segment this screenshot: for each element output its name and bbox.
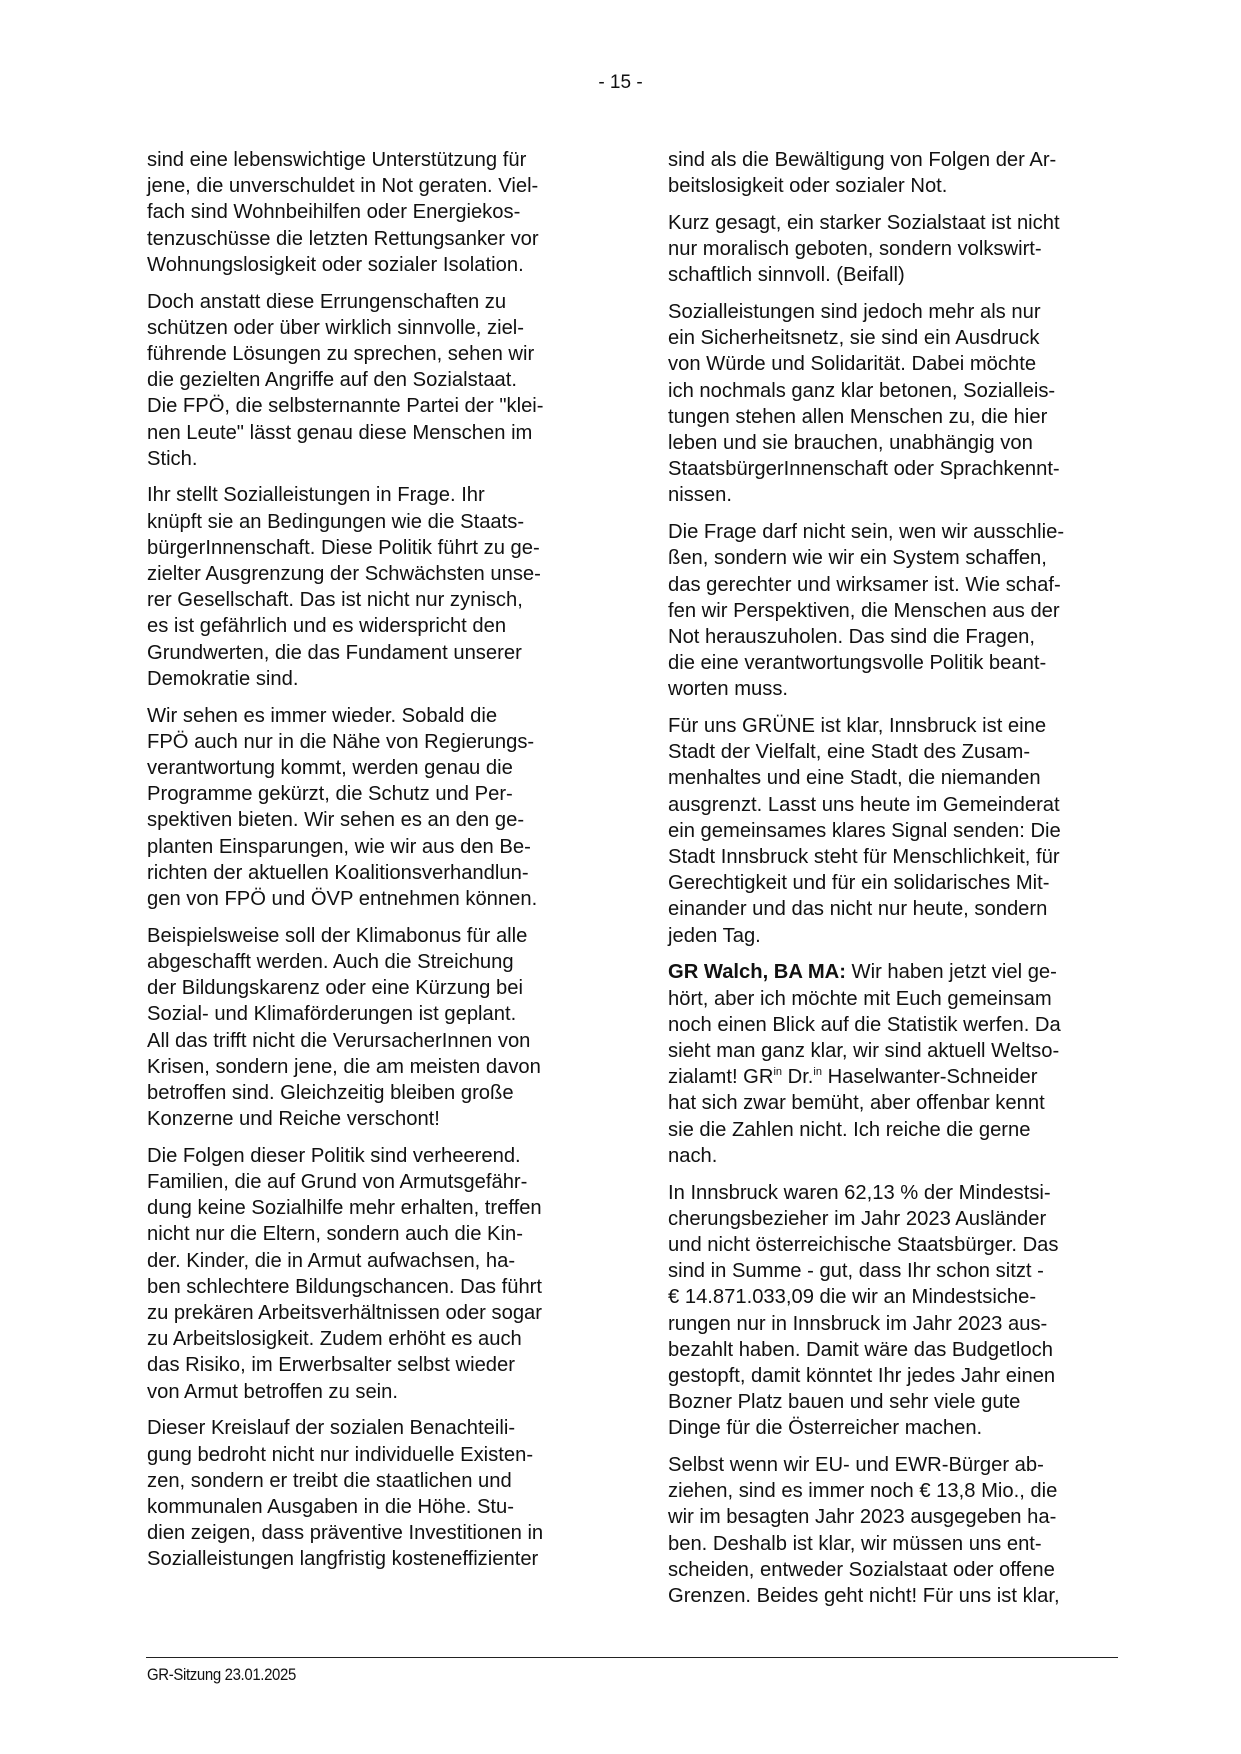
text-line: rer Gesellschaft. Das ist nicht nur zyni… [147, 587, 607, 613]
text-line: Für uns GRÜNE ist klar, Innsbruck ist ei… [668, 713, 1128, 739]
text-line: Grundwerten, die das Fundament unserer [147, 640, 607, 666]
paragraph: sind eine lebenswichtige Unterstützung f… [147, 147, 607, 278]
text-line: sind in Summe - gut, dass Ihr schon sitz… [668, 1258, 1128, 1284]
text-line: leben und sie brauchen, unabhängig von [668, 430, 1128, 456]
text-line: Doch anstatt diese Errungenschaften zu [147, 289, 607, 315]
text-line: sie die Zahlen nicht. Ich reiche die ger… [668, 1117, 1128, 1143]
paragraph: Die Frage darf nicht sein, wen wir aussc… [668, 519, 1128, 702]
text-line: Stich. [147, 446, 607, 472]
paragraph: Für uns GRÜNE ist klar, Innsbruck ist ei… [668, 713, 1128, 949]
text-line: sieht man ganz klar, wir sind aktuell We… [668, 1038, 1128, 1064]
text-line: Selbst wenn wir EU- und EWR-Bürger ab- [668, 1452, 1128, 1478]
text-line: ßen, sondern wie wir ein System schaffen… [668, 545, 1128, 571]
text-line: die gezielten Angriffe auf den Sozialsta… [147, 367, 607, 393]
text-line: das Risiko, im Erwerbsalter selbst wiede… [147, 1352, 607, 1378]
text-line: von Armut betroffen zu sein. [147, 1379, 607, 1405]
page-number: - 15 - [0, 72, 1241, 94]
text-line: Dieser Kreislauf der sozialen Benachteil… [147, 1415, 607, 1441]
text-line: Familien, die auf Grund von Armutsgefähr… [147, 1169, 607, 1195]
text-line: Sozial- und Klimaförderungen ist geplant… [147, 1001, 607, 1027]
text-line: ben schlechtere Bildungschancen. Das füh… [147, 1274, 607, 1300]
text-line: nur moralisch geboten, sondern volkswirt… [668, 236, 1128, 262]
text-line: rungen nur in Innsbruck im Jahr 2023 aus… [668, 1311, 1128, 1337]
text-line: Kurz gesagt, ein starker Sozialstaat ist… [668, 210, 1128, 236]
text-line: Wohnungslosigkeit oder sozialer Isolatio… [147, 252, 607, 278]
speech-paragraph: GR Walch, BA MA: Wir haben jetzt viel ge… [668, 959, 1128, 1169]
text-line: jene, die unverschuldet in Not geraten. … [147, 173, 607, 199]
text-line: GR Walch, BA MA: Wir haben jetzt viel ge… [668, 959, 1128, 985]
text-line: knüpft sie an Bedingungen wie die Staats… [147, 509, 607, 535]
text-line: zialamt! GRin Dr.in Haselwanter-Schneide… [668, 1064, 1128, 1090]
text-line: Sozialleistungen langfristig kosteneffiz… [147, 1546, 607, 1572]
text-line: planten Einsparungen, wie wir aus den Be… [147, 834, 607, 860]
text-line: Bozner Platz bauen und sehr viele gute [668, 1389, 1128, 1415]
text-line: fen wir Perspektiven, die Menschen aus d… [668, 598, 1128, 624]
text-line: und nicht österreichische Staatsbürger. … [668, 1232, 1128, 1258]
text-line: sind als die Bewältigung von Folgen der … [668, 147, 1128, 173]
text-line: Beispielsweise soll der Klimabonus für a… [147, 923, 607, 949]
text-line: schützen oder über wirklich sinnvolle, z… [147, 315, 607, 341]
text-line: es ist gefährlich und es widerspricht de… [147, 613, 607, 639]
speech-text: Haselwanter-Schneider [822, 1066, 1037, 1088]
text-line: jeden Tag. [668, 923, 1128, 949]
text-line: zielter Ausgrenzung der Schwächsten unse… [147, 561, 607, 587]
text-line: dung keine Sozialhilfe mehr erhalten, tr… [147, 1195, 607, 1221]
text-line: scheiden, entweder Sozialstaat oder offe… [668, 1557, 1128, 1583]
text-line: Stadt der Vielfalt, eine Stadt des Zusam… [668, 739, 1128, 765]
superscript: in [773, 1066, 782, 1078]
superscript: in [813, 1066, 822, 1078]
paragraph: Wir sehen es immer wieder. Sobald die FP… [147, 703, 607, 913]
text-line: Gerechtigkeit und für ein solidarisches … [668, 870, 1128, 896]
text-line: Dinge für die Österreicher machen. [668, 1415, 1128, 1441]
text-line: dien zeigen, dass präventive Investition… [147, 1520, 607, 1546]
text-line: betroffen sind. Gleichzeitig bleiben gro… [147, 1080, 607, 1106]
text-line: All das trifft nicht die VerursacherInne… [147, 1028, 607, 1054]
text-line: ziehen, sind es immer noch € 13,8 Mio., … [668, 1478, 1128, 1504]
text-line: hat sich zwar bemüht, aber offenbar kenn… [668, 1090, 1128, 1116]
text-line: spektiven bieten. Wir sehen es an den ge… [147, 807, 607, 833]
text-line: Stadt Innsbruck steht für Menschlichkeit… [668, 844, 1128, 870]
text-line: zen, sondern er treibt die staatlichen u… [147, 1468, 607, 1494]
speech-text: Wir haben jetzt viel ge- [846, 961, 1057, 983]
text-line: ein gemeinsames klares Signal senden: Di… [668, 818, 1128, 844]
text-line: Grenzen. Beides geht nicht! Für uns ist … [668, 1583, 1128, 1609]
paragraph: Doch anstatt diese Errungenschaften zu s… [147, 289, 607, 472]
text-line: nen Leute" lässt genau diese Menschen im [147, 420, 607, 446]
text-line: beitslosigkeit oder sozialer Not. [668, 173, 1128, 199]
text-line: Wir sehen es immer wieder. Sobald die [147, 703, 607, 729]
text-line: von Würde und Solidarität. Dabei möchte [668, 351, 1128, 377]
paragraph: sind als die Bewältigung von Folgen der … [668, 147, 1128, 199]
text-line: das gerechter und wirksamer ist. Wie sch… [668, 572, 1128, 598]
text-line: gen von FPÖ und ÖVP entnehmen können. [147, 886, 607, 912]
text-line: nach. [668, 1143, 1128, 1169]
text-line: zu prekären Arbeitsverhältnissen oder so… [147, 1300, 607, 1326]
left-column: sind eine lebenswichtige Unterstützung f… [147, 147, 607, 1583]
text-line: Konzerne und Reiche verschont! [147, 1106, 607, 1132]
text-line: bürgerInnenschaft. Diese Politik führt z… [147, 535, 607, 561]
paragraph: In Innsbruck waren 62,13 % der Mindestsi… [668, 1180, 1128, 1442]
paragraph: Beispielsweise soll der Klimabonus für a… [147, 923, 607, 1133]
footer-divider [146, 1657, 1118, 1658]
text-line: Programme gekürzt, die Schutz und Per- [147, 781, 607, 807]
text-line: schaftlich sinnvoll. (Beifall) [668, 262, 1128, 288]
text-line: einander und das nicht nur heute, sonder… [668, 896, 1128, 922]
paragraph: Selbst wenn wir EU- und EWR-Bürger ab- z… [668, 1452, 1128, 1609]
text-line: ich nochmals ganz klar betonen, Sozialle… [668, 378, 1128, 404]
text-line: StaatsbürgerInnenschaft oder Sprachkennt… [668, 456, 1128, 482]
paragraph: Kurz gesagt, ein starker Sozialstaat ist… [668, 210, 1128, 289]
paragraph: Ihr stellt Sozialleistungen in Frage. Ih… [147, 482, 607, 692]
text-line: tungen stehen allen Menschen zu, die hie… [668, 404, 1128, 430]
text-line: richten der aktuellen Koalitionsverhandl… [147, 860, 607, 886]
text-line: ein Sicherheitsnetz, sie sind ein Ausdru… [668, 325, 1128, 351]
footer-session-date: GR-Sitzung 23.01.2025 [147, 1665, 296, 1685]
text-line: nissen. [668, 482, 1128, 508]
text-line: worten muss. [668, 676, 1128, 702]
text-line: der. Kinder, die in Armut aufwachsen, ha… [147, 1248, 607, 1274]
paragraph: Dieser Kreislauf der sozialen Benachteil… [147, 1415, 607, 1572]
text-line: Die FPÖ, die selbsternannte Partei der "… [147, 393, 607, 419]
text-line: die eine verantwortungsvolle Politik bea… [668, 650, 1128, 676]
text-line: hört, aber ich möchte mit Euch gemeinsam [668, 986, 1128, 1012]
text-line: verantwortung kommt, werden genau die [147, 755, 607, 781]
text-line: Die Folgen dieser Politik sind verheeren… [147, 1143, 607, 1169]
text-line: € 14.871.033,09 die wir an Mindestsiche- [668, 1284, 1128, 1310]
text-line: menhaltes und eine Stadt, die niemanden [668, 765, 1128, 791]
text-line: bezahlt haben. Damit wäre das Budgetloch [668, 1337, 1128, 1363]
text-line: Ihr stellt Sozialleistungen in Frage. Ih… [147, 482, 607, 508]
text-line: noch einen Blick auf die Statistik werfe… [668, 1012, 1128, 1038]
text-line: gung bedroht nicht nur individuelle Exis… [147, 1442, 607, 1468]
text-line: zu Arbeitslosigkeit. Zudem erhöht es auc… [147, 1326, 607, 1352]
text-line: abgeschafft werden. Auch die Streichung [147, 949, 607, 975]
text-line: kommunalen Ausgaben in die Höhe. Stu- [147, 1494, 607, 1520]
text-line: FPÖ auch nur in die Nähe von Regierungs- [147, 729, 607, 755]
text-line: Not herauszuholen. Das sind die Fragen, [668, 624, 1128, 650]
text-line: der Bildungskarenz oder eine Kürzung bei [147, 975, 607, 1001]
text-line: cherungsbezieher im Jahr 2023 Ausländer [668, 1206, 1128, 1232]
text-line: fach sind Wohnbeihilfen oder Energiekos- [147, 199, 607, 225]
text-line: tenzuschüsse die letzten Rettungsanker v… [147, 226, 607, 252]
text-line: Demokratie sind. [147, 666, 607, 692]
text-line: ausgrenzt. Lasst uns heute im Gemeindera… [668, 792, 1128, 818]
text-line: Krisen, sondern jene, die am meisten dav… [147, 1054, 607, 1080]
text-line: Die Frage darf nicht sein, wen wir aussc… [668, 519, 1128, 545]
speech-text: zialamt! GR [668, 1066, 773, 1088]
paragraph: Die Folgen dieser Politik sind verheeren… [147, 1143, 607, 1405]
right-column: sind als die Bewältigung von Folgen der … [668, 147, 1128, 1620]
text-line: ben. Deshalb ist klar, wir müssen uns en… [668, 1531, 1128, 1557]
speech-text: Dr. [782, 1066, 813, 1088]
text-line: sind eine lebenswichtige Unterstützung f… [147, 147, 607, 173]
text-line: nicht nur die Eltern, sondern auch die K… [147, 1221, 607, 1247]
text-line: gestopft, damit könntet Ihr jedes Jahr e… [668, 1363, 1128, 1389]
paragraph: Sozialleistungen sind jedoch mehr als nu… [668, 299, 1128, 509]
text-line: Sozialleistungen sind jedoch mehr als nu… [668, 299, 1128, 325]
text-line: führende Lösungen zu sprechen, sehen wir [147, 341, 607, 367]
text-line: wir im besagten Jahr 2023 ausgegeben ha- [668, 1504, 1128, 1530]
text-line: In Innsbruck waren 62,13 % der Mindestsi… [668, 1180, 1128, 1206]
speaker-name: GR Walch, BA MA: [668, 961, 846, 983]
